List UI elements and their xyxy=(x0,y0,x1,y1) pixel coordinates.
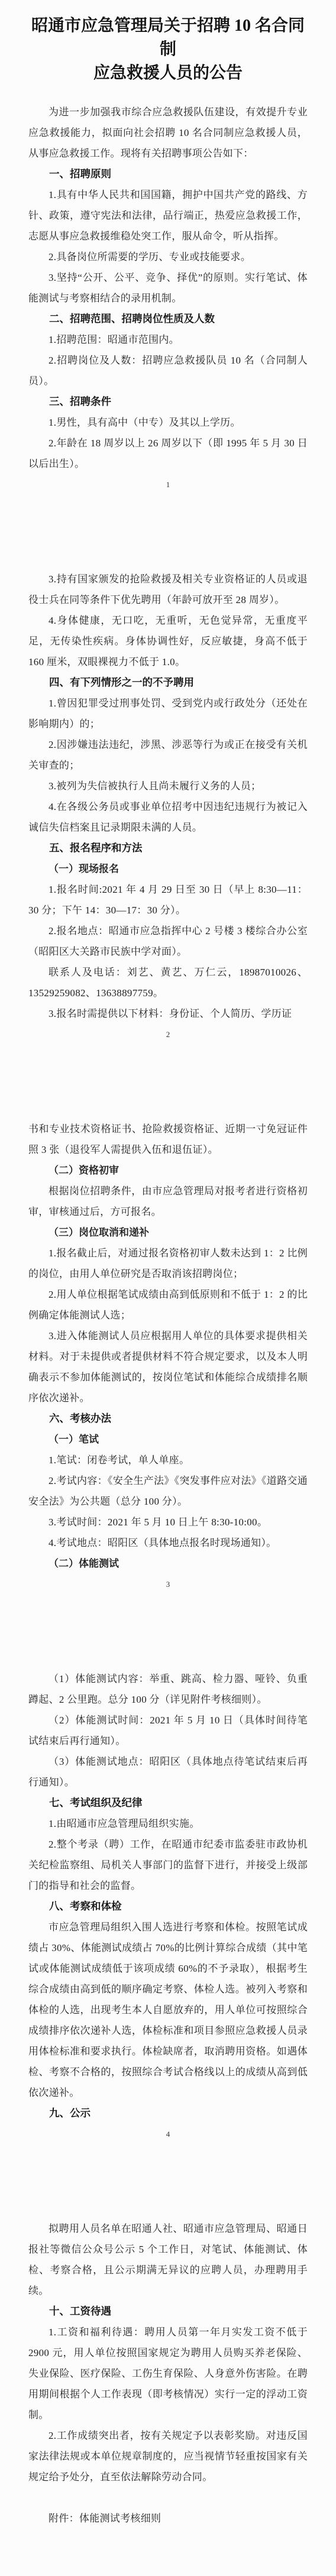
paragraph: 3.持有国家颁发的抢险救援及相关专业资格证的人员或退役士兵在同等条件下优先聘用（… xyxy=(28,569,308,610)
paragraph: 2.因涉嫌违法违纪，涉黑、涉恶等行为或正在接受有关机关审查的； xyxy=(28,734,308,776)
page-number: 4 xyxy=(28,2128,308,2140)
paragraph: 3.坚持“公开、公平、竞争、择优”的原则。实行笔试、体能测试与考察相结合的录用机… xyxy=(28,267,308,309)
paragraph: 1.曾因犯罪受过刑事处罚、受到党内或行政处分（还处在影响期内）的； xyxy=(28,693,308,734)
page-4: （1）体能测试内容：举重、跳高、检力器、哑铃、负重蹲起、2 公里跑。总分 100… xyxy=(28,1668,308,2140)
document-title-line2: 应急救援人员的公告 xyxy=(28,61,308,85)
page-break-gap xyxy=(28,2140,308,2218)
section-heading: 六、考核办法 xyxy=(28,1408,308,1429)
document-title-line1: 昭通市应急管理局关于招聘 10 名合同制 xyxy=(28,14,308,61)
paragraph: 1.招聘范围：昭通市范围内。 xyxy=(28,329,308,350)
section-heading: 一、招聘原则 xyxy=(28,164,308,184)
paragraph: 根据岗位招聘条件，由市应急管理局对报考者进行资格初审，审核通过后，方可报名。 xyxy=(28,1181,308,1222)
paragraph: 2.年龄在 18 周岁以上 26 周岁以下（即 1995 年 5 月 30 日以… xyxy=(28,433,308,474)
paragraph: 1.笔试：闭卷考试，单人单座。 xyxy=(28,1450,308,1470)
paragraph: 2.工作成绩突出者，按有关规定予以表彰奖励。对违反国家法律法规或本单位规章制度的… xyxy=(28,2425,308,2487)
document-title: 昭通市应急管理局关于招聘 10 名合同制 应急救援人员的公告 xyxy=(28,14,308,85)
paragraph-continued: 书和专业技术资格证书、抢险救援资格证、近期一寸免冠证件照 3 张（退役军人需提供… xyxy=(28,1119,308,1160)
paragraph: （1）体能测试内容：举重、跳高、检力器、哑铃、负重蹲起、2 公里跑。总分 100… xyxy=(28,1668,308,1710)
section-heading: 九、公示 xyxy=(28,2103,308,2124)
paragraph: 3.进入体能测试人员应根据用人单位的具体要求提供相关材料。对于未提供或者提供材料… xyxy=(28,1326,308,1408)
page-number: 3 xyxy=(28,1579,308,1590)
section-heading: 四、有下列情形之一的不予聘用 xyxy=(28,672,308,693)
paragraph: 1.报名时间:2021 年 4 月 29 日至 30 日（早上 8:30—11：… xyxy=(28,879,308,921)
paragraph: 市应急管理局组织入围人选进行考察和体检。按照笔试成绩占 30%、体能测试成绩占 … xyxy=(28,1917,308,2103)
sub-heading: （二）资格初审 xyxy=(28,1160,308,1181)
attachment-note: 附件：体能测试考核细则 xyxy=(28,2508,308,2529)
paragraph: 4.身体健康，无口吃，无重听，无色觉异常，无重度平足，无传染性疾病。身体协调性好… xyxy=(28,610,308,672)
page-3: 书和专业技术资格证书、抢险救援资格证、近期一寸免冠证件照 3 张（退役军人需提供… xyxy=(28,1119,308,1590)
paragraph: 3.考试时间：2021 年 5 月 10 日上午 8:30-10:00。 xyxy=(28,1512,308,1532)
section-heading: 三、招聘条件 xyxy=(28,391,308,412)
paragraph: 2.报名地点：昭通市应急指挥中心 2 号楼 3 楼综合办公室（昭阳区大关路市民族… xyxy=(28,921,308,962)
paragraph: 2.整个考录（聘）工作，在昭通市纪委市监委驻市政协机关纪检监察组、局机关人事部门… xyxy=(28,1834,308,1896)
paragraph: 2.考试内容：《安全生产法》《突发事件应对法》《道路交通安全法》为公共题（总分 … xyxy=(28,1470,308,1512)
paragraph: 3.被列为失信被执行人且尚未履行义务的人员； xyxy=(28,776,308,796)
paragraph: 2.招聘岗位及人数：招聘应急救援队员 10 名（合同制人员）。 xyxy=(28,350,308,391)
section-heading: 五、报名程序和方法 xyxy=(28,838,308,858)
paragraph: 为进一步加强我市综合应急救援队伍建设，有效提升专业应急救援能力，拟面向社会招聘 … xyxy=(28,102,308,164)
paragraph: 2.具备岗位所需要的学历、专业或技能要求。 xyxy=(28,247,308,267)
page-break-gap xyxy=(28,1041,308,1119)
section-heading: 八、考察和体检 xyxy=(28,1896,308,1917)
paragraph: （2）体能测试时间：2021 年 5 月 10 日（具体时间待笔试结束后再行通知… xyxy=(28,1710,308,1751)
page-1: 为进一步加强我市综合应急救援队伍建设，有效提升专业应急救援能力，拟面向社会招聘 … xyxy=(28,102,308,491)
paragraph: 4.考试地点：昭阳区（具体地点报名时现场通知）。 xyxy=(28,1532,308,1553)
section-heading: 七、考试组织及纪律 xyxy=(28,1793,308,1813)
paragraph: 1.具有中华人民共和国国籍，拥护中国共产党的路线、方针、政策，遵守宪法和法律，品… xyxy=(28,184,308,247)
announcement-document: 昭通市应急管理局关于招聘 10 名合同制 应急救援人员的公告 为进一步加强我市综… xyxy=(0,0,336,2576)
page-break-gap xyxy=(28,491,308,569)
page-break-gap xyxy=(28,1590,308,1668)
document-pages: 为进一步加强我市综合应急救援队伍建设，有效提升专业应急救援能力，拟面向社会招聘 … xyxy=(28,102,308,2529)
paragraph: 3.报名时需提供以下材料：身份证、个人简历、学历证 xyxy=(28,1003,308,1024)
page-number: 2 xyxy=(28,1029,308,1041)
page-5: 拟聘用人员名单在昭通人社、昭通市应急管理局、昭通日报社等微信公众号公示 5 个工… xyxy=(28,2218,308,2529)
paragraph: 1.工资和福利待遇：聘用人员第一年月实发工资不低于 2900 元，用人单位按照国… xyxy=(28,2322,308,2425)
sub-heading: （二）体能测试 xyxy=(28,1553,308,1574)
page-number: 1 xyxy=(28,479,308,491)
page-2: 3.持有国家颁发的抢险救援及相关专业资格证的人员或退役士兵在同等条件下优先聘用（… xyxy=(28,569,308,1041)
sub-heading: （一）现场报名 xyxy=(28,858,308,879)
section-heading: 二、招聘范围、招聘岗位性质及人数 xyxy=(28,309,308,329)
paragraph: 1.男性，具有高中（中专）及其以上学历。 xyxy=(28,412,308,433)
sub-heading: （一）笔试 xyxy=(28,1429,308,1450)
paragraph: （3）体能测试地点：昭阳区（具体地点待笔试结束后再行通知）。 xyxy=(28,1751,308,1793)
paragraph: 拟聘用人员名单在昭通人社、昭通市应急管理局、昭通日报社等微信公众号公示 5 个工… xyxy=(28,2218,308,2301)
paragraph: 联系人及电话：刘艺、黄艺、万仁云，18987010026、13529259082… xyxy=(28,962,308,1003)
sub-heading: （三）岗位取消和递补 xyxy=(28,1222,308,1243)
paragraph: 1.由昭通市应急管理局组织实施。 xyxy=(28,1813,308,1834)
paragraph: 4.在各级公务员或事业单位招考中因违纪违规行为被记入诚信失信档案且记录期限未满的… xyxy=(28,796,308,838)
paragraph: 1.报名截止后，对通过报名资格初审人数未达到 1：2 比例的岗位，由用人单位研究… xyxy=(28,1243,308,1284)
paragraph: 2.用人单位根据笔试成绩由高到低原则和不低于 1：2 的比例确定体能测试人选； xyxy=(28,1284,308,1326)
section-heading: 十、工资待遇 xyxy=(28,2301,308,2322)
